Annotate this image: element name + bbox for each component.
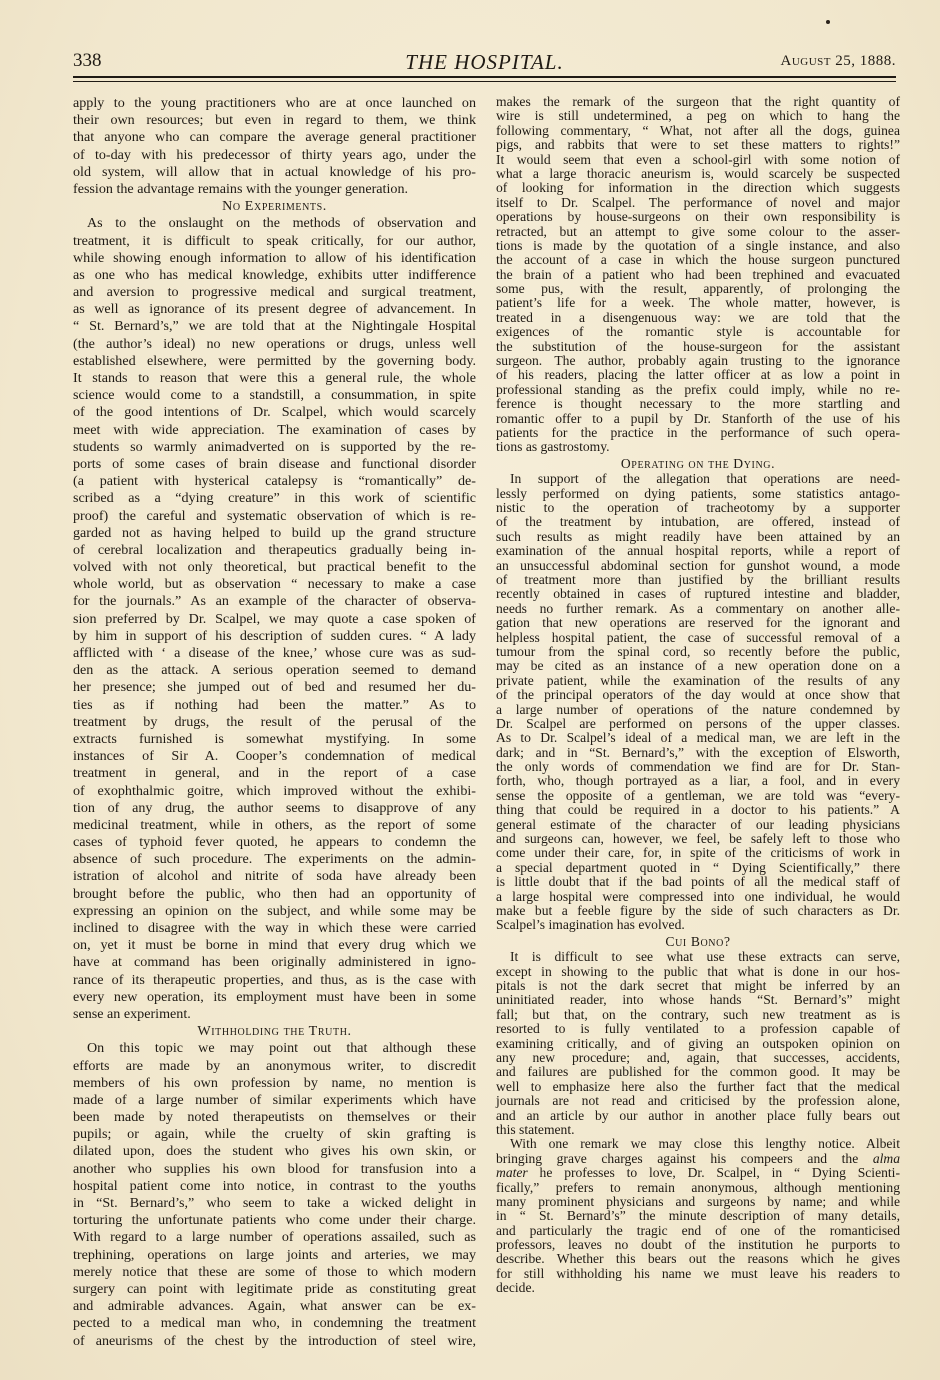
- text-line: of his readers, placing the latter offic…: [496, 368, 900, 382]
- text-line: extracts furnished is somewhat mystifyin…: [73, 731, 476, 748]
- page-header: 338 THE HOSPITAL. August 25, 1888.: [73, 50, 896, 74]
- text-line: On this topic we may point out that alth…: [73, 1040, 476, 1057]
- text-line: professors, leaves no doubt of the insti…: [496, 1238, 900, 1252]
- header-rule-thin: [73, 81, 896, 82]
- text-line: of aneurisms of the chest by the introdu…: [73, 1333, 476, 1350]
- text-line: bringing grave charges against his compe…: [496, 1152, 900, 1166]
- text-line: hospital patient come into notice, in co…: [73, 1178, 476, 1195]
- text-line: tion of any drug, the author seems to di…: [73, 800, 476, 817]
- text-line: As to Dr. Scalpel’s ideal of a medical m…: [496, 731, 900, 745]
- text-line: exigences of the romantic style is accou…: [496, 325, 900, 339]
- text-line: thing that could be required in a doctor…: [496, 803, 900, 817]
- text-line: is little doubt that if the bad points o…: [496, 875, 900, 889]
- text-line: (the author’s ideal) no new operations o…: [73, 336, 476, 353]
- text-line: another who supplies his own blood for t…: [73, 1161, 476, 1178]
- text-line: With one remark we may close this length…: [496, 1137, 900, 1151]
- text-line: their own resources; but even in regard …: [73, 112, 476, 129]
- text-line: afflicted with ‘ a disease of the knee,’…: [73, 645, 476, 662]
- section-heading-no-experiments: No Experiments.: [73, 198, 476, 215]
- header-rule-thick: [73, 76, 896, 78]
- text-line: of the good intentions of Dr. Scalpel, w…: [73, 404, 476, 421]
- text-line: for the journals.” As an example of the …: [73, 593, 476, 610]
- text-line: brought before the public, who then had …: [73, 886, 476, 903]
- text-line: tions is made by the quotation of a sing…: [496, 239, 900, 253]
- text-line: treatment, it is difficult to speak crit…: [73, 233, 476, 250]
- text-line: and particularly the tragic end of one o…: [496, 1224, 900, 1238]
- text-line: dark; and in “St. Bernard’s,” with the e…: [496, 746, 900, 760]
- text-line: students so warmly animadverted on is su…: [73, 439, 476, 456]
- text-line: established elsewhere, were permitted by…: [73, 353, 476, 370]
- text-line: romantic offer to a pupil by Dr. Stanfor…: [496, 412, 900, 426]
- text-line: some pus, with the result, apparently, o…: [496, 282, 900, 296]
- text-line: of looking for information in the direct…: [496, 181, 900, 195]
- text-line: merely notice that these are some of tho…: [73, 1264, 476, 1281]
- text-line: garded not as having helped to build up …: [73, 525, 476, 542]
- text-line: absence of such procedure. The experimen…: [73, 851, 476, 868]
- text-line: as one who has medical knowledge, exhibi…: [73, 267, 476, 284]
- text-line: following commentary, “ What, not after …: [496, 124, 900, 138]
- text-line: have at command has been originally admi…: [73, 954, 476, 971]
- text-line: describe. Whether this bears out the rea…: [496, 1252, 900, 1266]
- text-line: that anyone who can compare the average …: [73, 129, 476, 146]
- text-line: the account of a case in which the house…: [496, 253, 900, 267]
- text-line: apply to the young practitioners who are…: [73, 95, 476, 112]
- text-line: private patient, while the examination o…: [496, 674, 900, 688]
- text-line: patients for the practice in the perform…: [496, 426, 900, 440]
- text-line: a large number of operations of the natu…: [496, 703, 900, 717]
- text-line: proof) the careful and systematic observ…: [73, 508, 476, 525]
- text-line: and failures are published for the commo…: [496, 1065, 900, 1079]
- text-line: for still withholding his name we must l…: [496, 1267, 900, 1281]
- text-line: ties as if nothing had been the matter.”…: [73, 697, 476, 714]
- text-line: As to the onslaught on the methods of ob…: [73, 215, 476, 232]
- text-line: this statement.: [496, 1123, 900, 1137]
- text-line: resorted to is fully ventilated to a pro…: [496, 1022, 900, 1036]
- text-line: examining critically, and of giving an o…: [496, 1037, 900, 1051]
- text-line: been made by noted therapeutists on them…: [73, 1109, 476, 1126]
- left-column: apply to the young practitioners who are…: [73, 95, 476, 1350]
- text-line: and surgeons can, however, we feel, be s…: [496, 832, 900, 846]
- text-line: rance of its therapeutic properties, and…: [73, 972, 476, 989]
- text-line: meet with wide appreciation. The examina…: [73, 422, 476, 439]
- text-line: dilated upon, does the student who gives…: [73, 1143, 476, 1160]
- section-heading-cui-bono: Cui Bono?: [496, 933, 900, 951]
- text-line: Dr. Scalpel are performed on persons of …: [496, 717, 900, 731]
- text-line: well to emphasize here also the further …: [496, 1080, 900, 1094]
- text-line: many prominent physicians and surgeons b…: [496, 1195, 900, 1209]
- text-line: ports of some cases of brain disease and…: [73, 456, 476, 473]
- text-line: patient’s life for a week. The whole mat…: [496, 296, 900, 310]
- text-line: as well as ignorance of its present degr…: [73, 301, 476, 318]
- text-line: surgeon. The author, probably again trus…: [496, 354, 900, 368]
- text-line: torturing the unfortunate patients who c…: [73, 1212, 476, 1229]
- newspaper-page: 338 THE HOSPITAL. August 25, 1888. apply…: [0, 0, 940, 1380]
- text-line: With regard to a large number of operati…: [73, 1229, 476, 1246]
- text-line: tumour from the spinal cord, so recently…: [496, 645, 900, 659]
- right-column: makes the remark of the surgeon that the…: [496, 95, 900, 1296]
- issue-date: August 25, 1888.: [780, 53, 896, 70]
- text-line: general estimate of the character of our…: [496, 818, 900, 832]
- text-line: may be cited as an instance of a new ope…: [496, 659, 900, 673]
- text-line: recently obtained in cases of ruptured i…: [496, 587, 900, 601]
- text-line: her presence; she jumped out of bed and …: [73, 679, 476, 696]
- text-line: treated in a disengenuous way: we are to…: [496, 311, 900, 325]
- text-line: in “ St. Bernard’s” the minute descripti…: [496, 1209, 900, 1223]
- text-line: sion preferred by Dr. Scalpel, we may qu…: [73, 611, 476, 628]
- text-line: gation that new operations are reserved …: [496, 616, 900, 630]
- text-line: “ St. Bernard’s,” we are told that at th…: [73, 318, 476, 335]
- text-line: any new procedure; and, again, that succ…: [496, 1051, 900, 1065]
- text-line: an unsuccessful abdominal section for gu…: [496, 559, 900, 573]
- text-line: In support of the allegation that operat…: [496, 472, 900, 486]
- text-line: in “St. Bernard’s,” who seem to take a w…: [73, 1195, 476, 1212]
- text-line: pupils; or again, while the cruelty of s…: [73, 1126, 476, 1143]
- text-line: make but a feeble figure by the side of …: [496, 904, 900, 918]
- text-line: istration of alcohol and nitrite of soda…: [73, 868, 476, 885]
- text-line: operations by house-surgeons on their ow…: [496, 210, 900, 224]
- text-line: and an article by our author in another …: [496, 1109, 900, 1123]
- text-line: mater he professes to love, Dr. Scalpel,…: [496, 1166, 900, 1180]
- text-line: It is difficult to see what use these ex…: [496, 950, 900, 964]
- text-line: professional standing as the prefix coul…: [496, 383, 900, 397]
- text-line: instances of Sir A. Cooper’s condemnatio…: [73, 748, 476, 765]
- text-line: treatment by drugs, the result of the pe…: [73, 714, 476, 731]
- text-line: science would come to a standstill, a co…: [73, 387, 476, 404]
- text-line: made of a large number of similar experi…: [73, 1092, 476, 1109]
- text-line: den as the attack. A serious operation s…: [73, 662, 476, 679]
- text-line: forth, who, though portrayed as a liar, …: [496, 774, 900, 788]
- text-line: the substitution of the house-surgeon fo…: [496, 340, 900, 354]
- text-line: scribed as a “dying creature” in this wo…: [73, 490, 476, 507]
- text-line: It stands to reason that were this a gen…: [73, 370, 476, 387]
- text-line: the only words of commendation we find a…: [496, 760, 900, 774]
- text-line: by him in support of his description of …: [73, 628, 476, 645]
- text-line: helpless hospital patient, the case of s…: [496, 631, 900, 645]
- text-line: inclined to disagree with the way in whi…: [73, 920, 476, 937]
- text-line: expressing an opinion on the subject, an…: [73, 903, 476, 920]
- text-line: fically,” prefers to remain anonymous, a…: [496, 1181, 900, 1195]
- text-line: on, yet it must be borne in mind that ev…: [73, 937, 476, 954]
- text-line: lessly performed on dying patients, some…: [496, 487, 900, 501]
- text-line: volved with not only theoretical, but pr…: [73, 559, 476, 576]
- text-line: such results as might readily have been …: [496, 530, 900, 544]
- text-line: pitals is not the dark secret that might…: [496, 979, 900, 993]
- text-line: except in showing to the public that wha…: [496, 965, 900, 979]
- text-line: every new operation, its employment must…: [73, 989, 476, 1006]
- text-line: of the principal operators of the day wo…: [496, 688, 900, 702]
- text-line: sense the opposite of a gentleman, we ar…: [496, 789, 900, 803]
- text-line: the brain of a patient who had been trep…: [496, 268, 900, 282]
- text-line: of to-day with his predecessor of thirty…: [73, 147, 476, 164]
- text-line: cases of typhoid fever quoted, he appear…: [73, 834, 476, 851]
- text-line: fession the advantage remains with the y…: [73, 181, 476, 198]
- text-line: (a patient with hysterical catalepsy is …: [73, 473, 476, 490]
- text-line: a special department quoted in “ Dying S…: [496, 861, 900, 875]
- text-line: sense an experiment.: [73, 1006, 476, 1023]
- text-line: uninitiated reader, into whose hands “St…: [496, 993, 900, 1007]
- text-line: examination of the annual hospital repor…: [496, 544, 900, 558]
- section-heading-withholding-the-truth: Withholding the Truth.: [73, 1023, 476, 1040]
- text-line: makes the remark of the surgeon that the…: [496, 95, 900, 109]
- text-line: and aversion to progressive medical and …: [73, 284, 476, 301]
- text-line: surgery can point with legitimate pride …: [73, 1281, 476, 1298]
- text-line: of the treatment by intubation, are offe…: [496, 515, 900, 529]
- text-line: fall; but that, on the contrary, such ne…: [496, 1008, 900, 1022]
- text-line: tions as gastrostomy.: [496, 440, 900, 454]
- text-line: medicinal treatment, while in others, as…: [73, 817, 476, 834]
- text-line: what a large thoracic aneurism is, would…: [496, 167, 900, 181]
- text-line: whole world, but as observation “ necess…: [73, 576, 476, 593]
- text-line: pected to a medical man who, in condemni…: [73, 1315, 476, 1332]
- text-line: of cerebral localization and therapeutic…: [73, 542, 476, 559]
- text-line: pigs, and rabbits that were to set these…: [496, 138, 900, 152]
- text-line: old system, will allow that in actual kn…: [73, 164, 476, 181]
- section-heading-operating-on-the-dying: Operating on the Dying.: [496, 455, 900, 473]
- text-line: It would seem that even a school-girl wi…: [496, 153, 900, 167]
- text-line: while showing enough information to allo…: [73, 250, 476, 267]
- text-line: members of his own profession by name, n…: [73, 1075, 476, 1092]
- text-line: retracted, but an attempt to give some c…: [496, 225, 900, 239]
- text-line: wire is still undetermined, a peg on whi…: [496, 109, 900, 123]
- text-line: trephining, operations on large joints a…: [73, 1247, 476, 1264]
- text-line: of exophthalmic goitre, which improved w…: [73, 783, 476, 800]
- text-line: of treatment more than justified by the …: [496, 573, 900, 587]
- publication-title: THE HOSPITAL.: [73, 50, 896, 75]
- text-line: itself to Dr. Scalpel. The performance o…: [496, 196, 900, 210]
- text-line: ference is thought necessary to the more…: [496, 397, 900, 411]
- text-line: come under their care, for, in spite of …: [496, 846, 900, 860]
- text-line: a large hospital were compressed into on…: [496, 890, 900, 904]
- text-line: decide.: [496, 1281, 900, 1295]
- text-line: treatment in general, and in the report …: [73, 765, 476, 782]
- text-line: efforts are made by an anonymous writer,…: [73, 1058, 476, 1075]
- text-line: and admirable advances. Again, what answ…: [73, 1298, 476, 1315]
- text-line: nistic to the operation of tracheotomy b…: [496, 501, 900, 515]
- text-line: needs no further remark. As a commentary…: [496, 602, 900, 616]
- text-line: Scalpel’s imagination has evolved.: [496, 918, 900, 932]
- ink-speck: [826, 20, 830, 24]
- text-line: journals are not read and criticised by …: [496, 1094, 900, 1108]
